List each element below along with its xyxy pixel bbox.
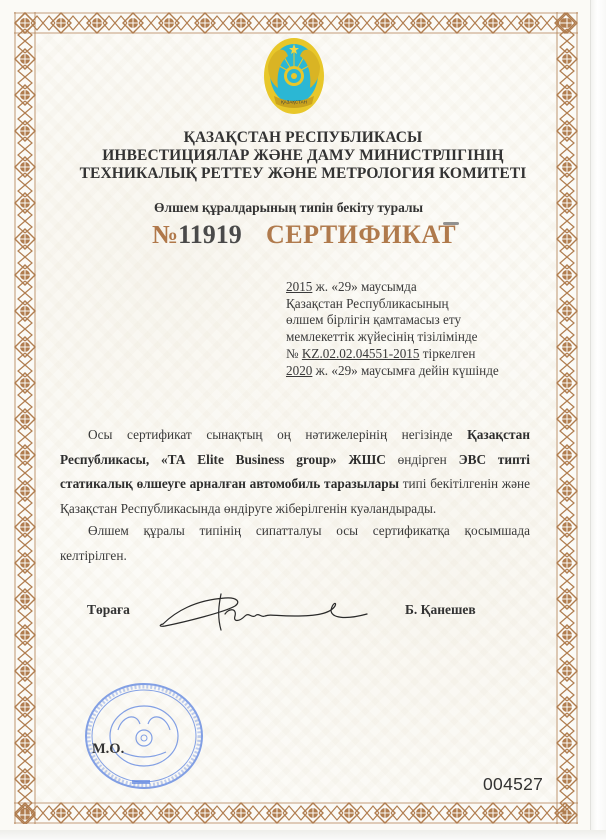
heading-ministry: ИНВЕСТИЦИЯЛАР ЖӘНЕ ДАМУ МИНИСТРЛІГІНІҢ <box>0 147 606 165</box>
border-bottom <box>14 802 578 824</box>
handwritten-signature-icon <box>155 592 375 632</box>
seal-place-label: М.О. <box>92 741 124 758</box>
certificate-number-value: 11919 <box>178 220 242 249</box>
expiry-year: 2020 <box>286 363 312 378</box>
svg-text:ҚАЗАҚСТАН: ҚАЗАҚСТАН <box>281 100 307 105</box>
certificate-number: №11919 <box>152 220 242 250</box>
registration-year: 2015 <box>286 279 312 294</box>
signer-name: Б. Қанешев <box>405 602 476 618</box>
serial-number: 004527 <box>483 774 543 795</box>
body-paragraph-2: Өлшем құралы типінің сипатталуы осы серт… <box>60 519 530 568</box>
heading-committee: ТЕХНИКАЛЫҚ РЕТТЕУ ЖӘНЕ МЕТРОЛОГИЯ КОМИТЕ… <box>0 165 606 183</box>
registry-line-5: № KZ.02.02.04551-2015 тіркелген <box>286 346 499 363</box>
border-top <box>14 12 578 34</box>
heading-republic: ҚАЗАҚСТАН РЕСПУБЛИКАСЫ <box>0 129 606 147</box>
body-paragraph-1: Осы сертификат сынақтың оң нәтижелерінің… <box>60 423 530 521</box>
number-sign: № <box>152 220 178 249</box>
certificate-title: СЕРТИФИКАТ <box>266 220 456 250</box>
registry-line-2: Қазақстан Республикасының <box>286 296 499 313</box>
paper-edge <box>590 0 606 840</box>
paper-bottom-edge <box>0 830 606 840</box>
registry-block: 2015 ж. «29» маусымда Қазақстан Республи… <box>286 279 499 379</box>
registry-code: KZ.02.02.04551-2015 <box>302 346 420 361</box>
chairman-label: Төраға <box>87 602 130 618</box>
registry-line-3: өлшем бірлігін қамтамасыз ету <box>286 312 499 329</box>
signature-row: Төраға Б. Қанешев <box>0 592 606 632</box>
official-seal-icon <box>82 680 206 792</box>
registry-line-1: 2015 ж. «29» маусымда <box>286 279 499 296</box>
certificate-subtitle: Өлшем құралдарының типін бекіту туралы <box>154 200 423 216</box>
ink-mark <box>443 222 459 225</box>
registry-line-4: мемлекеттік жүйесінің тізілімінде <box>286 329 499 346</box>
kazakhstan-state-emblem-icon: ҚАЗАҚСТАН <box>262 36 326 116</box>
registry-line-6: 2020 ж. «29» маусымға дейін күшінде <box>286 363 499 380</box>
